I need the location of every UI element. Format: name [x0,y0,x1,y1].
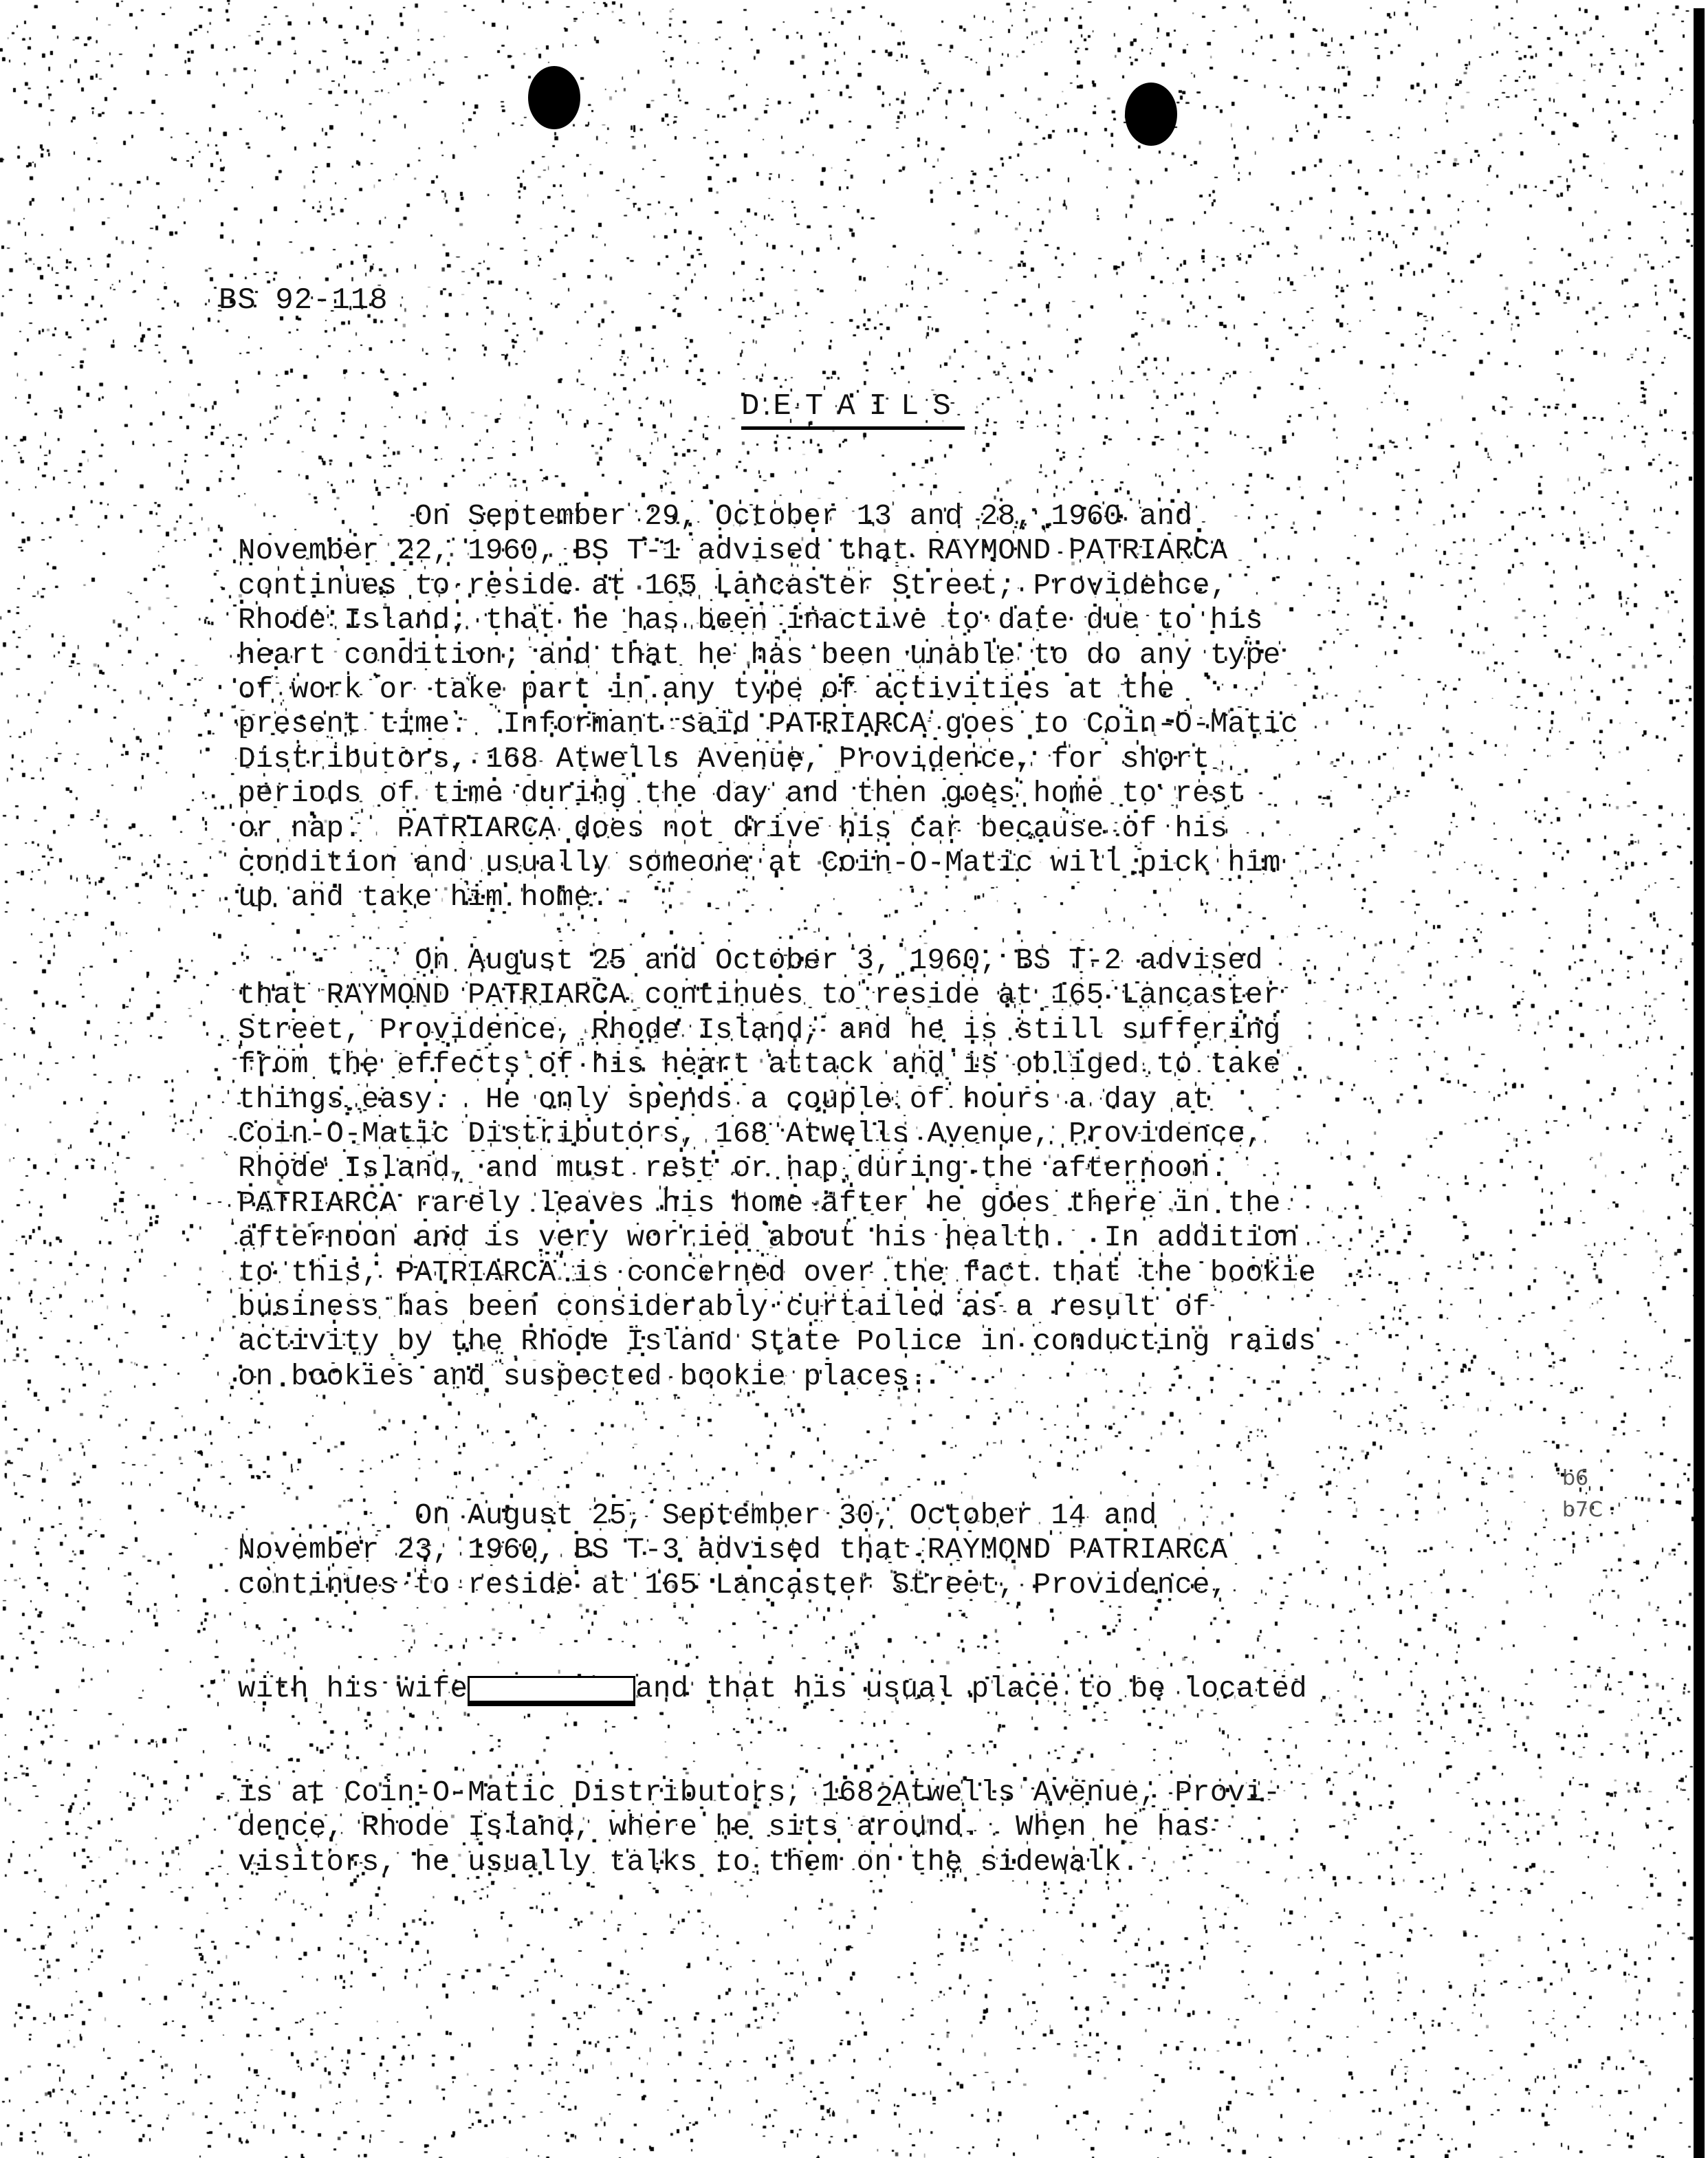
text-line: dence, Rhode Island, where he sits aroun… [238,1810,1544,1844]
text-line: Coin-O-Matic Distributors, 168 Atwells A… [238,1117,1544,1151]
text-line: afternoon and is very worried about his … [238,1221,1544,1255]
text-line: condition and usually someone at Coin-O-… [238,846,1544,880]
text-line: November 23, 1960, BS T-3 advised that R… [238,1533,1544,1567]
text-line: or nap. PATRIARCA does not drive his car… [238,811,1544,846]
text-line: business has been considerably curtailed… [238,1290,1544,1325]
text-line: November 22, 1960, BS T-1 advised that R… [238,534,1544,568]
text-line: On August 25, September 30, October 14 a… [238,1498,1544,1533]
page-number: - 2 - [833,1781,938,1816]
text-line: Rhode Island, and must rest or nap durin… [238,1151,1544,1186]
punch-hole-right [1125,83,1177,146]
text-line: heart condition; and that he has been un… [238,638,1544,673]
text-line: visitors, he usually talks to them on th… [238,1845,1544,1879]
text-line: periods of time during the day and then … [238,776,1544,811]
text-line: On August 25 and October 3, 1960, BS T-2… [238,944,1544,978]
exemption-code-b6: b6 [1562,1466,1588,1490]
paragraph-bs-t2: On August 25 and October 3, 1960, BS T-2… [238,944,1544,1394]
text-line: Rhode Island; that he has been inactive … [238,603,1544,637]
text-line: that RAYMOND PATRIARCA continues to resi… [238,978,1544,1012]
text-line: continues to reside at 165 Lancaster Str… [238,569,1544,603]
text-line: on bookies and suspected bookie places. [238,1360,1544,1394]
section-title: DETAILS [741,389,965,430]
text-line: up and take him home. [238,880,1544,915]
text-line: Street, Providence, Rhode Island, and he… [238,1013,1544,1047]
redaction-box [468,1676,635,1706]
text-line: continues to reside at 165 Lancaster Str… [238,1568,1544,1602]
text-line: activity by the Rhode Island State Polic… [238,1325,1544,1359]
document-page: BS 92-118 DETAILS On September 29, Octob… [0,0,1708,2158]
text-line: to this, PATRIARCA is concerned over the… [238,1256,1544,1290]
exemption-code-b7c: b7C [1562,1498,1603,1522]
text-line: of work or take part in any type of acti… [238,673,1544,707]
text-line: On September 29, October 13 and 28, 1960… [238,499,1544,534]
paragraph-bs-t3-lines-before: On August 25, September 30, October 14 a… [238,1498,1544,1602]
redaction-line-prefix: with his wife [238,1672,468,1705]
text-line: Distributors, 168 Atwells Avenue, Provid… [238,742,1544,776]
redaction-line: with his wifeand that his usual place to… [238,1672,1544,1706]
paragraph-bs-t1: On September 29, October 13 and 28, 1960… [238,499,1544,915]
paragraph-bs-t3: On August 25, September 30, October 14 a… [238,1429,1544,1949]
text-line: from the effects of his heart attack and… [238,1047,1544,1082]
punch-hole-left [528,66,580,129]
text-line: PATRIARCA rarely leaves his home after h… [238,1186,1544,1221]
text-line: present time. Informant said PATRIARCA g… [238,707,1544,741]
file-number: BS 92-118 [219,283,388,318]
text-line: things easy. He only spends a couple of … [238,1082,1544,1117]
page-edge-shadow [1694,8,1705,2158]
redaction-line-suffix: and that his usual place to be located [635,1672,1307,1705]
